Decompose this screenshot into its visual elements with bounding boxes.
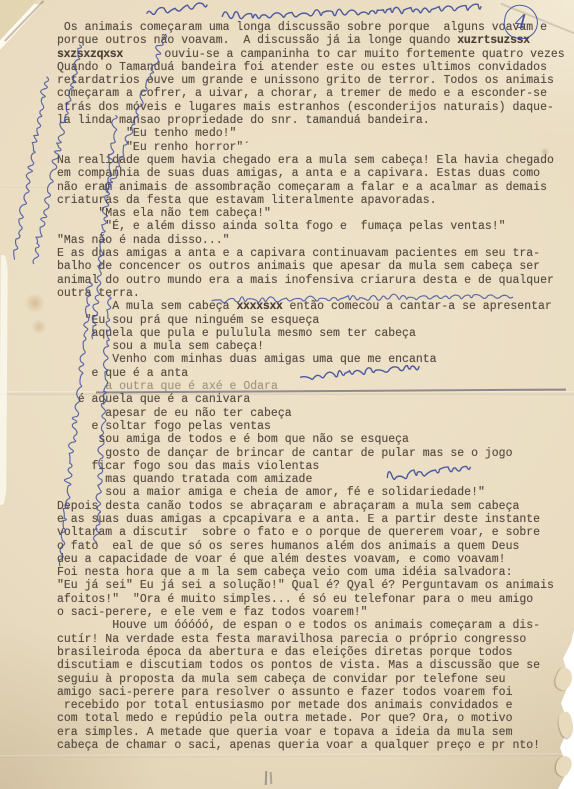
typed-line: Venho com minhas duas amigas uma que me …: [57, 353, 565, 366]
typed-line: seguiu à proposta da mula sem cabeça de …: [57, 673, 565, 686]
typed-line: sou amiga de todos e é bom que não se es…: [57, 433, 565, 446]
typed-line: balho de concencer os outros animais que…: [57, 260, 565, 273]
typed-line: "Mas não é nada disso...": [57, 234, 565, 247]
stain: [31, 320, 47, 334]
typed-line: amigo saci-perere para resolver o assunt…: [57, 686, 565, 699]
typed-line: gosto de dançar de brincar de cantar de …: [57, 447, 565, 460]
typed-line: Depois desta canão todos se abraçaram e …: [57, 500, 565, 513]
typed-line: animal do outro mundo era a mais inofens…: [57, 274, 565, 287]
typed-line: não eram animais de assombração começara…: [57, 181, 565, 194]
typed-line: discutiam e discutiam todos os pontos de…: [57, 659, 565, 672]
typed-line: porque outros não voavam. A discussão já…: [57, 34, 565, 47]
typed-line: e soltar fogo pelas ventas: [57, 420, 565, 433]
typed-line: o saci-perere, e ele vem e faz todos voa…: [57, 606, 565, 619]
typed-line: "É, e além disso ainda solta fogo e fuma…: [57, 220, 565, 233]
stain: [24, 294, 46, 312]
typed-line: Os animais começaram uma longa discussão…: [57, 21, 565, 34]
typed-line: cutír! Na verdade esta festa maravilhosa…: [57, 633, 565, 646]
typed-line: Na realidade quem havia chegado era a mu…: [57, 154, 565, 167]
torn-left-edge: [0, 255, 8, 505]
typed-line: "Eu já sei" Eu já sei a solução!" Qual é…: [57, 579, 565, 592]
typed-line: era simples. A metade que queria voar e …: [57, 726, 565, 739]
typed-line: sou a maior amiga e cheia de amor, fé e …: [57, 486, 565, 499]
typed-line: aquela que pula e pululula mesmo sem ter…: [57, 327, 565, 340]
typed-line: voltaram a discutir sobre o fato e o por…: [57, 526, 565, 539]
pen-mark: [265, 771, 267, 785]
typed-line: Houve um óóóóó, de espan o e todos os an…: [57, 619, 565, 632]
typed-line: recebido por total entusiasmo por metade…: [57, 699, 565, 712]
typed-line: "Eu sou prá que ninguém se esqueça: [57, 314, 565, 327]
pen-mark: [270, 772, 272, 784]
typed-line: criaturas da festa que estavam literalme…: [57, 194, 565, 207]
typed-line: retardatrios ouve um grande e unissono g…: [57, 74, 565, 87]
typed-line: afoitos!" "Ora é muito simples... é só e…: [57, 593, 565, 606]
typed-line: cabeça de chamar o saci, apenas queria v…: [57, 739, 565, 752]
typed-line: com total medo e repúdio pela outra meta…: [57, 712, 565, 725]
typed-line: "Mas ela não tem cabeça!": [57, 207, 565, 220]
typed-line: e as suas duas amigas a cpcapivara e a a…: [57, 513, 565, 526]
typed-line: o fato eal de que só os seres humanos al…: [57, 540, 565, 553]
page-number: 4: [514, 11, 528, 34]
typed-line: brasileiroda época da abertura e das ele…: [57, 646, 565, 659]
typed-line: em companhia de suas duas amigas, a anta…: [57, 167, 565, 180]
paper-crease: [0, 753, 574, 758]
typed-line: é aquela que é a canivara: [57, 393, 565, 406]
typed-line: E as duas amigas a anta e a capivara con…: [57, 247, 565, 260]
manuscript-page: Os animais começaram uma longa discussão…: [0, 0, 574, 789]
typed-line: sxzsxzqxsx ouviu-se a campaninha to car …: [57, 48, 565, 61]
handwritten-note: [146, 0, 205, 20]
typed-line: ficar fogo sou das mais violentas: [57, 460, 565, 473]
document-photo: Os animais começaram uma longa discussão…: [0, 0, 574, 789]
typed-line: sou a mula sem cabeça!: [57, 340, 565, 353]
typed-line: Quando o Tamanduá bandeira foi atender e…: [57, 61, 565, 74]
typed-line: deu a capacidade de voar é que além dest…: [57, 553, 565, 566]
typed-line: mas quando tratada com amizade: [57, 473, 565, 486]
typed-line: apesar de eu não ter cabeça: [57, 407, 565, 420]
typed-line: Foi nesta hora que a m la sem cabeça vei…: [57, 566, 565, 579]
